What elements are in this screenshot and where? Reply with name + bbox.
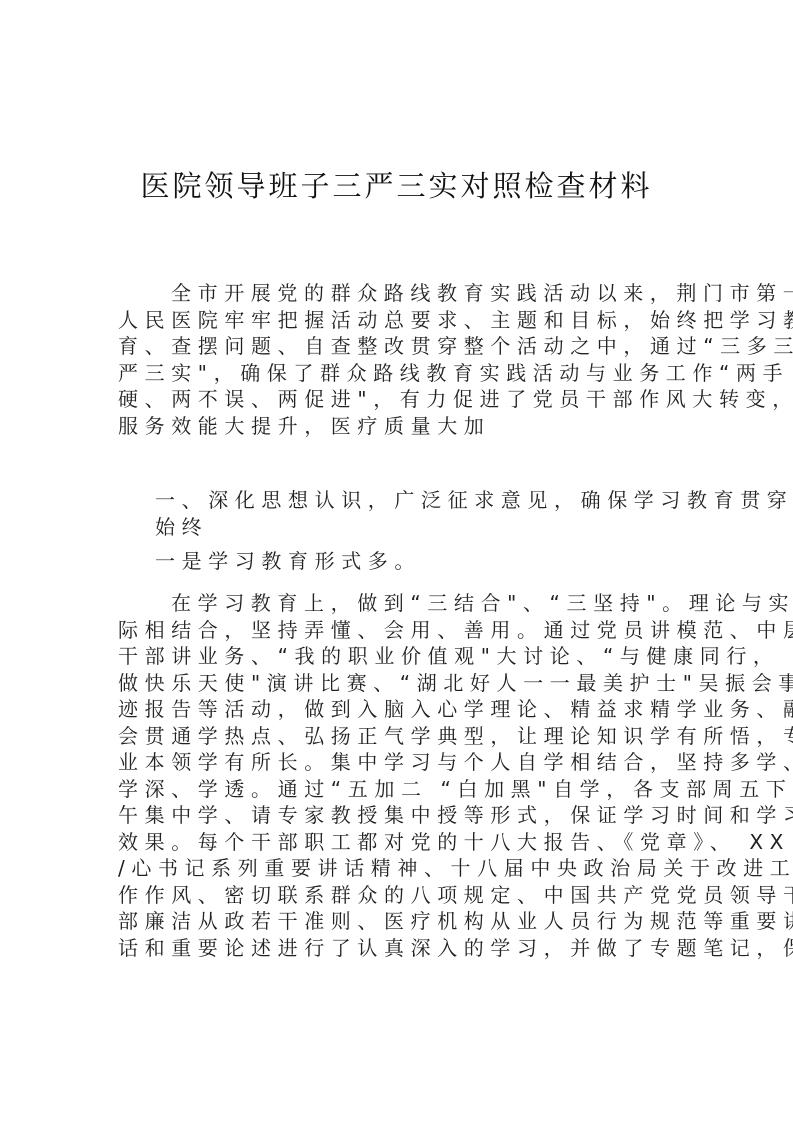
text-line: 在学习教育上，做到“三结合"、“三坚持"。理论与实 (118, 590, 678, 617)
text-line: 干部讲业务、“我的职业价值观"大讨论、“与健康同行， (118, 643, 678, 670)
text-line: 服务效能大提升，医疗质量大加 (118, 413, 678, 440)
text-line: 学深、学透。通过“五加二 “白加黑"自学，各支部周五下 (118, 776, 678, 803)
text-line: 全市开展党的群众路线教育实践活动以来，荆门市第一 (118, 280, 678, 307)
body-paragraph: 在学习教育上，做到“三结合"、“三坚持"。理论与实 际相结合，坚持弄懂、会用、善… (118, 590, 678, 961)
text-line: 做快乐天使"演讲比赛、“湖北好人一一最美护士"吴振会事 (118, 670, 678, 697)
heading-line: 一、深化思想认识，广泛征求意见，确保学习教育贯穿 (155, 487, 679, 514)
text-line: 硬、两不误、两促进"，有力促进了党员干部作风大转变， (118, 386, 678, 413)
text-line: 作作风、密切联系群众的八项规定、中国共产党党员领导干 (118, 882, 678, 909)
text-line: 部廉洁从政若干准则、医疗机构从业人员行为规范等重要讲 (118, 908, 678, 935)
text-line: 午集中学、请专家教授集中授等形式，保证学习时间和学习 (118, 802, 678, 829)
document-title: 医院领导班子三严三实对照检查材料 (0, 166, 793, 206)
subheading-line: 一是学习教育形式多。 (155, 548, 679, 575)
document-page: 医院领导班子三严三实对照检查材料 全市开展党的群众路线教育实践活动以来，荆门市第… (0, 0, 793, 1122)
intro-paragraph: 全市开展党的群众路线教育实践活动以来，荆门市第一 人民医院牢牢把握活动总要求、主… (118, 280, 678, 439)
text-line: 迹报告等活动，做到入脑入心学理论、精益求精学业务、融 (118, 696, 678, 723)
text-line: 严三实"，确保了群众路线教育实践活动与业务工作“两手 (118, 360, 678, 387)
text-line: 话和重要论述进行了认真深入的学习，并做了专题笔记，保 (118, 935, 678, 962)
text-line: 际相结合，坚持弄懂、会用、善用。通过党员讲模范、中层 (118, 617, 678, 644)
text-line: 人民医院牢牢把握活动总要求、主题和目标，始终把学习教 (118, 307, 678, 334)
text-line: 业本领学有所长。集中学习与个人自学相结合，坚持多学、 (118, 749, 678, 776)
section-heading: 一、深化思想认识，广泛征求意见，确保学习教育贯穿 始终 (155, 487, 679, 540)
subheading: 一是学习教育形式多。 (155, 548, 679, 575)
text-line: /心书记系列重要讲话精神、十八届中央政治局关于改进工 (118, 855, 678, 882)
text-line: 育、查摆问题、自查整改贯穿整个活动之中，通过“三多三 (118, 333, 678, 360)
text-line: 会贯通学热点、弘扬正气学典型，让理论知识学有所悟，专 (118, 723, 678, 750)
text-line: 效果。每个干部职工都对党的十八大报告、《党章》、 XX (118, 829, 678, 856)
heading-line: 始终 (155, 514, 679, 541)
